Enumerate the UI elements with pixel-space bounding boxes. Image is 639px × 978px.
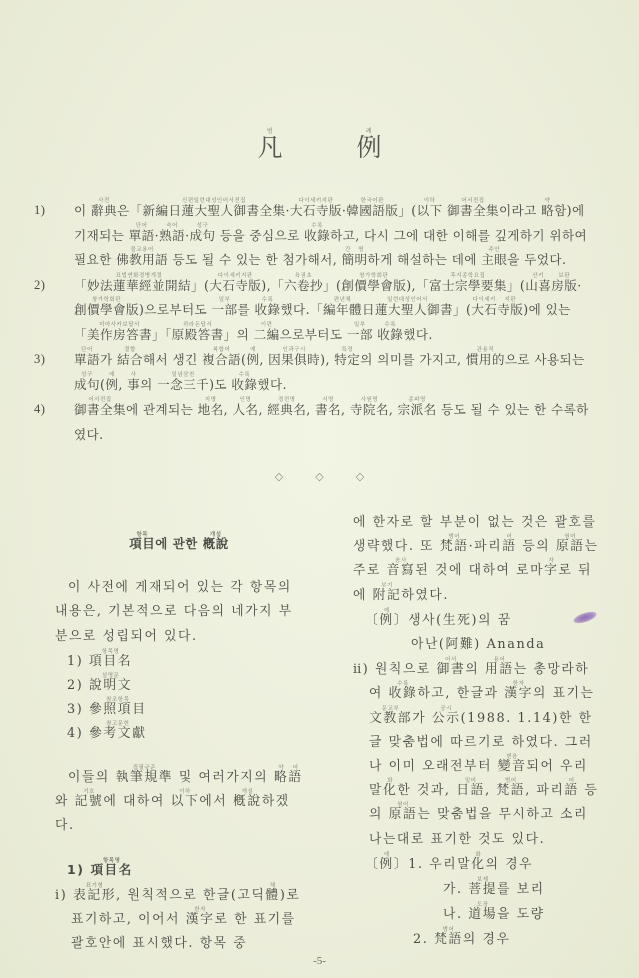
paragraph: ⅰ) 表記形표기형, 원칙적으로 한글(고딕體체)로 표기하고, 이어서 漢字한… xyxy=(55,883,303,957)
list-item: 2) 說明文설명문 xyxy=(67,673,303,697)
example: 〔例예〕생사(生死)의 꿈 xyxy=(353,608,601,633)
note-number: 2) xyxy=(34,273,45,298)
page-title: 凡범例례 xyxy=(0,128,639,164)
left-column: 項目항목에 관한 槪說개설 이 사전에 게재되어 있는 각 항목의 내용은, 기… xyxy=(55,532,303,956)
dictionary-page: 凡범例례 1) 이 辭典사전은「新編日蓮大聖人御書全集신편일련대성인어서전집·大… xyxy=(0,0,639,978)
right-column: 에 한자로 할 부분이 없는 것은 괄호를 생략했다. 또 梵語범어·파리語어 … xyxy=(353,511,601,953)
example: 〔例예〕1. 우리말化화의 경우 xyxy=(353,852,601,877)
diamond-icon: ◇ xyxy=(356,470,364,483)
diamond-icon: ◇ xyxy=(315,470,323,483)
paragraph: ⅱ) 원칙으로 御書어서의 用語용어는 총망라하여 收錄수록하고, 한글과 漢字… xyxy=(353,657,601,852)
note-text: 御書全集어서전집에 관계되는 地名지명, 人名인명, 經典名경전명, 書名서명,… xyxy=(74,402,589,442)
sub-heading: 1) 項目名항목명 xyxy=(55,858,303,882)
note-text: 單語단어가 結合결합해서 생긴 複合語복합어(例예, 因果俱時인과구시), 特定… xyxy=(74,352,585,392)
intro-paragraph: 이 사전에 게재되어 있는 각 항목의 내용은, 기본적으로 다음의 네가지 부… xyxy=(55,576,303,649)
list-item: 1) 項目名항목명 xyxy=(67,649,303,673)
note-item: 2) 「妙法蓮華經並開結묘법연화경병개결」(大石寺版다이세키지판),「六卷抄육권… xyxy=(34,273,594,348)
example: 아난(阿難) Ananda xyxy=(353,633,601,657)
note-text: 「妙法蓮華經並開結묘법연화경병개결」(大石寺版다이세키지판),「六卷抄육권초」(… xyxy=(74,278,582,342)
example: 가. 菩提보제를 보리 xyxy=(353,877,601,902)
list-item: 3) 參照項目참조항목 xyxy=(67,697,303,721)
note-number: 4) xyxy=(34,397,45,422)
note-text: 이 辭典사전은「新編日蓮大聖人御書全集신편일련대성인어서전집·大石寺版다이세키지… xyxy=(74,203,587,267)
title-char-2: 例례 xyxy=(357,128,382,164)
title-char-1: 凡범 xyxy=(257,128,282,164)
note-number: 1) xyxy=(34,198,45,223)
example: 2. 梵語범어의 경우 xyxy=(353,927,601,952)
section-divider: ◇◇◇ xyxy=(0,470,639,483)
example: 나. 道場도장을 도량 xyxy=(353,902,601,927)
paragraph: 이들의 執筆規準집필규준 및 여러가지의 略약語어와 記號기호에 대하여 以下이… xyxy=(55,765,303,839)
page-number: -5- xyxy=(0,955,639,967)
note-item: 4) 御書全集어서전집에 관계되는 地名지명, 人名인명, 經典名경전명, 書名… xyxy=(34,397,594,447)
diamond-icon: ◇ xyxy=(275,470,283,483)
note-number: 3) xyxy=(34,347,45,372)
section-heading: 項目항목에 관한 槪說개설 xyxy=(55,532,303,556)
note-item: 1) 이 辭典사전은「新編日蓮大聖人御書全集신편일련대성인어서전집·大石寺版다이… xyxy=(34,198,594,273)
notes-list: 1) 이 辭典사전은「新編日蓮大聖人御書全集신편일련대성인어서전집·大石寺版다이… xyxy=(34,198,594,447)
paragraph: 에 한자로 할 부분이 없는 것은 괄호를 생략했다. 또 梵語범어·파리語어 … xyxy=(353,511,601,608)
component-list: 1) 項目名항목명 2) 說明文설명문 3) 參照項目참조항목 4) 參考文獻참… xyxy=(55,649,303,745)
note-item: 3) 單語단어가 結合결합해서 생긴 複合語복합어(例예, 因果俱時인과구시),… xyxy=(34,347,594,397)
list-item: 4) 參考文獻참고문헌 xyxy=(67,721,303,745)
